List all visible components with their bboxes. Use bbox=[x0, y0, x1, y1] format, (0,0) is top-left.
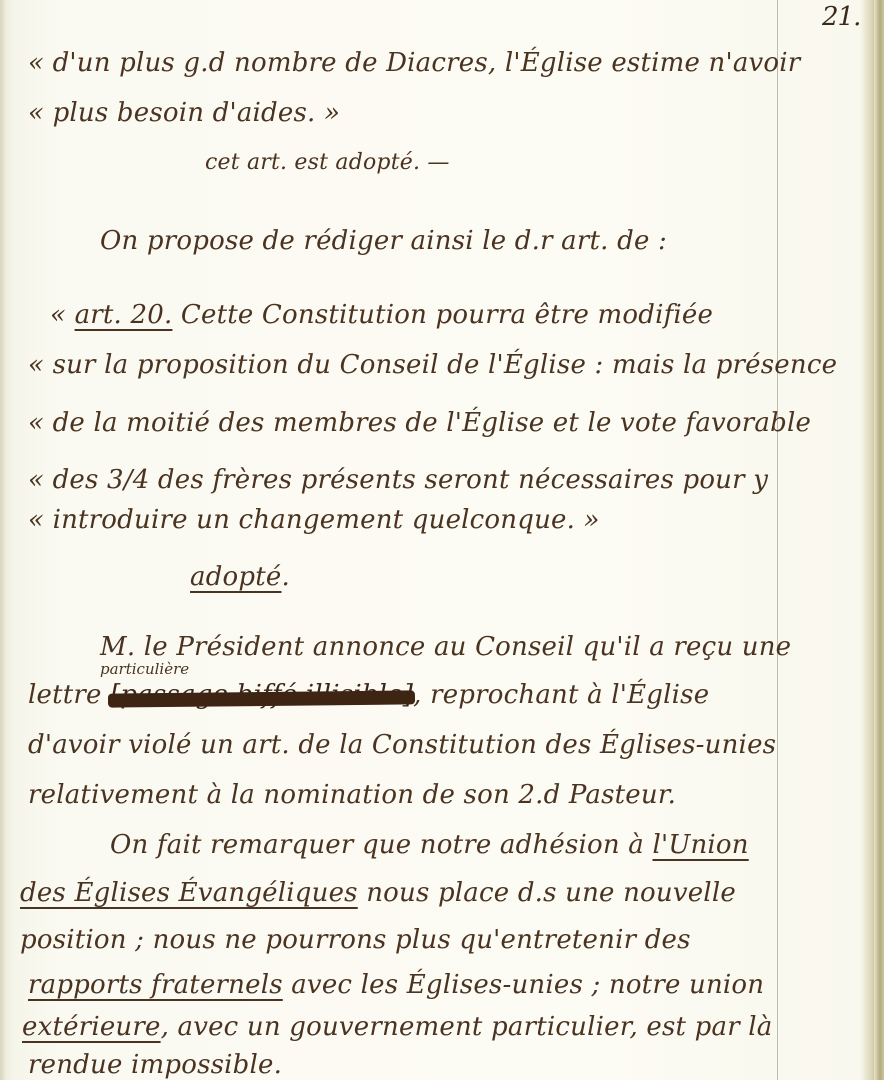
manuscript-line: « art. 20. Cette Constitution pourra êtr… bbox=[50, 300, 713, 330]
page-number: 21. bbox=[822, 2, 860, 32]
line-text: . bbox=[281, 562, 289, 592]
manuscript-line: « plus besoin d'aides. » bbox=[28, 98, 340, 128]
manuscript-line: « sur la proposition du Conseil de l'Égl… bbox=[28, 350, 837, 380]
line-text: , avec un gouvernement particulier, est … bbox=[161, 1012, 773, 1042]
manuscript-line: lettre [passage biffé illisible], reproc… bbox=[28, 680, 709, 710]
margin-rule bbox=[777, 0, 778, 1080]
line-text: , reprochant à l'Église bbox=[413, 680, 709, 710]
manuscript-line: cet art. est adopté. — bbox=[205, 150, 450, 175]
manuscript-page: 21. « d'un plus g.d nombre de Diacres, l… bbox=[0, 0, 884, 1080]
manuscript-line: extérieure, avec un gouvernement particu… bbox=[22, 1012, 773, 1042]
manuscript-line: position ; nous ne pourrons plus qu'entr… bbox=[20, 925, 691, 955]
manuscript-line: « de la moitié des membres de l'Église e… bbox=[28, 408, 811, 438]
line-prefix: « bbox=[50, 300, 75, 330]
page-left-edge bbox=[0, 0, 6, 1080]
adopted-mark: adopté bbox=[190, 562, 281, 592]
article-heading: art. 20. bbox=[75, 300, 173, 330]
line-prefix: lettre bbox=[28, 680, 110, 710]
interlinear-insertion: particulière bbox=[100, 660, 189, 678]
page-right-edge bbox=[874, 0, 884, 1080]
manuscript-line: relativement à la nomination de son 2.d … bbox=[28, 780, 676, 810]
line-text: On fait remarquer que notre adhésion à bbox=[110, 830, 652, 860]
manuscript-line: adopté. bbox=[190, 562, 290, 592]
underlined-phrase: extérieure bbox=[22, 1012, 161, 1042]
line-text: Cette Constitution pourra être modifiée bbox=[172, 300, 713, 330]
manuscript-line: « des 3/4 des frères présents seront néc… bbox=[28, 465, 768, 495]
manuscript-line: On propose de rédiger ainsi le d.r art. … bbox=[100, 226, 667, 256]
manuscript-line: des Églises Évangéliques nous place d.s … bbox=[20, 878, 736, 908]
manuscript-line: « introduire un changement quelconque. » bbox=[28, 505, 600, 535]
line-text: nous place d.s une nouvelle bbox=[358, 878, 736, 908]
underlined-phrase: rapports fraternels bbox=[28, 970, 283, 1000]
manuscript-line: M. le Président annonce au Conseil qu'il… bbox=[100, 632, 791, 662]
line-text: avec les Églises-unies ; notre union bbox=[283, 970, 764, 1000]
underlined-phrase: des Églises Évangéliques bbox=[20, 878, 358, 908]
manuscript-line: rapports fraternels avec les Églises-uni… bbox=[28, 970, 764, 1000]
underlined-phrase: l'Union bbox=[652, 830, 748, 860]
manuscript-line: d'avoir violé un art. de la Constitution… bbox=[28, 730, 776, 760]
struck-through-passage: [passage biffé illisible] bbox=[110, 680, 413, 710]
manuscript-line: rendue impossible. bbox=[28, 1050, 282, 1080]
manuscript-line: On fait remarquer que notre adhésion à l… bbox=[110, 830, 749, 860]
manuscript-line: « d'un plus g.d nombre de Diacres, l'Égl… bbox=[28, 48, 800, 78]
